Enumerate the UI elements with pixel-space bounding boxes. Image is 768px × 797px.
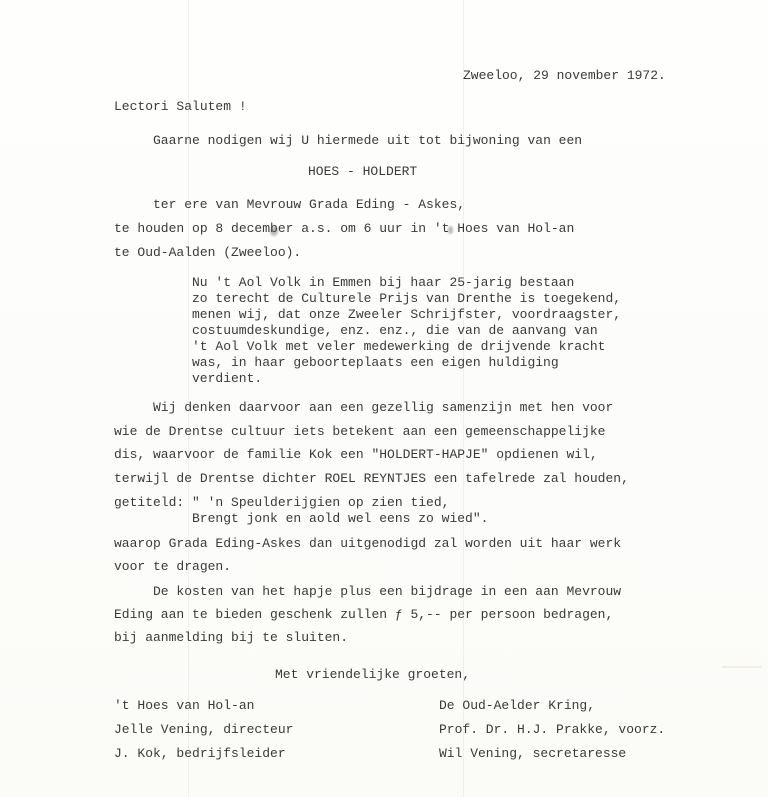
event-details-line: te houden op 8 december a.s. om 6 uur in… [114, 221, 574, 237]
indented-line: Nu 't Aol Volk in Emmen bij haar 25-jari… [192, 275, 621, 291]
signature-left-director: Jelle Vening, directeur [114, 722, 293, 738]
ink-smudge [448, 226, 453, 234]
indented-line: menen wij, dat onze Zweeler Schrijfster,… [192, 307, 621, 323]
indented-paragraph: Nu 't Aol Volk in Emmen bij haar 25-jari… [192, 275, 621, 387]
indented-line: 't Aol Volk met veler medewerking de dri… [192, 339, 621, 355]
paper-stain [722, 666, 762, 668]
signature-right-chair: Prof. Dr. H.J. Prakke, voorz. [439, 722, 665, 738]
paragraph2-line: voor te dragen. [114, 559, 231, 575]
signature-right-org: De Oud-Aelder Kring, [439, 698, 595, 714]
paragraph3-first-line: De kosten van het hapje plus een bijdrag… [153, 584, 621, 600]
indented-line: verdient. [192, 371, 621, 387]
signature-left-manager: J. Kok, bedrijfsleider [114, 746, 286, 762]
signature-right-secretary: Wil Vening, secretaresse [439, 746, 626, 762]
paragraph2-line: dis, waarvoor de familie Kok een "HOLDER… [114, 447, 598, 463]
signature-left-org: 't Hoes van Hol-an [114, 698, 254, 714]
salutation: Lectori Salutem ! [114, 99, 247, 115]
paragraph3-line: Eding aan te bieden geschenk zullen ƒ 5,… [114, 607, 613, 623]
letter-page: Zweeloo, 29 november 1972. Lectori Salut… [0, 0, 768, 797]
event-location-line: te Oud-Aalden (Zweeloo). [114, 245, 301, 261]
closing: Met vriendelijke groeten, [275, 667, 470, 683]
ink-smudge [270, 226, 278, 236]
paragraph2-first-line: Wij denken daarvoor aan een gezellig sam… [153, 400, 613, 416]
paragraph2-line: getiteld: " 'n Speulderijgien op zien ti… [114, 495, 449, 511]
indented-line: costuumdeskundige, enz. enz., die van de… [192, 323, 621, 339]
paragraph2-line: wie de Drentse cultuur iets betekent aan… [114, 424, 605, 440]
paper-fold-line [188, 0, 189, 797]
letter-date: Zweeloo, 29 november 1972. [463, 68, 666, 84]
paragraph2-line: waarop Grada Eding-Askes dan uitgenodigd… [114, 536, 621, 552]
paragraph2-line: terwijl de Drentse dichter ROEL REYNTJES… [114, 471, 629, 487]
indented-line: was, in haar geboorteplaats een eigen hu… [192, 355, 621, 371]
indented-line: zo terecht de Culturele Prijs van Drenth… [192, 291, 621, 307]
quote-continuation: Brengt jonk en aold wel eens zo wied". [192, 511, 488, 527]
intro-line: Gaarne nodigen wij U hiermede uit tot bi… [153, 133, 582, 149]
paragraph3-line: bij aanmelding bij te sluiten. [114, 630, 348, 646]
honoree-line: ter ere van Mevrouw Grada Eding - Askes, [153, 197, 465, 213]
event-title: HOES - HOLDERT [308, 164, 417, 180]
